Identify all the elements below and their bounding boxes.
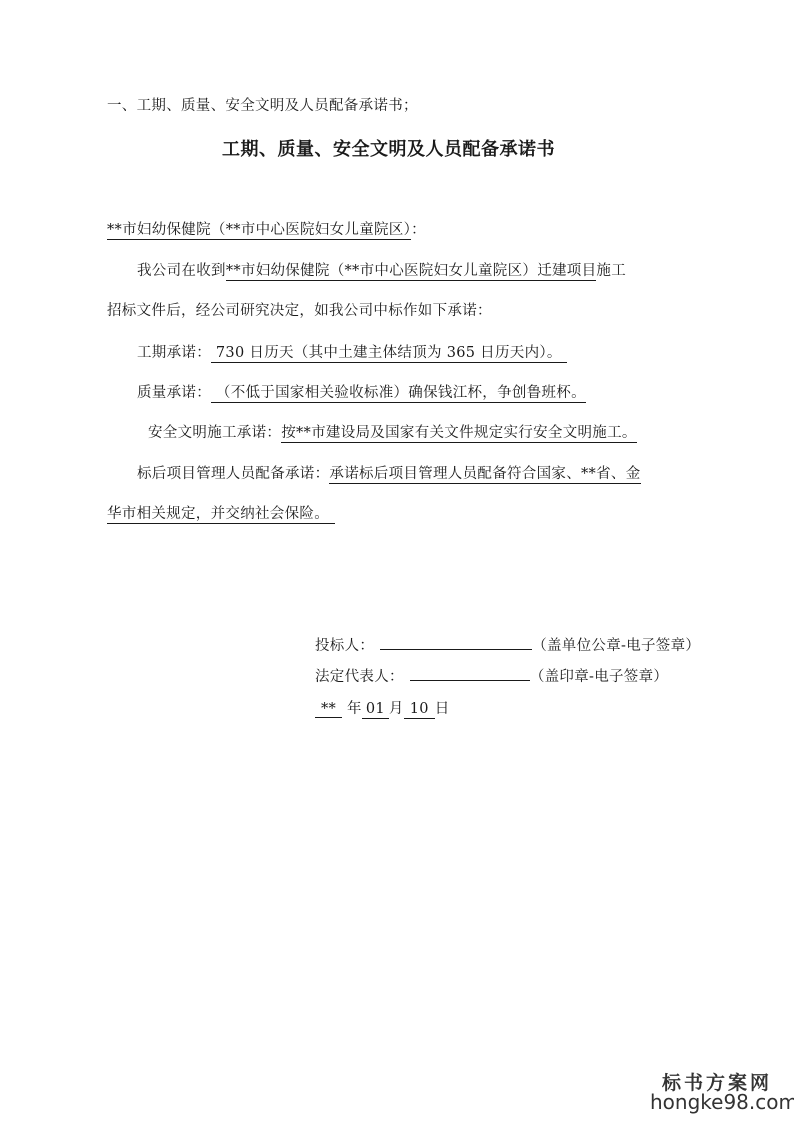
commitment-staffing: 标后项目管理人员配备承诺：承诺标后项目管理人员配备符合国家、**省、金 [137,462,641,483]
commitment-value: 按**市建设局及国家有关文件规定实行安全文明施工。 [281,425,637,443]
intro-project-name: **市妇幼保健院（**市中心医院妇女儿童院区）迁建项目 [226,263,597,281]
day-label: 日 [435,701,450,717]
commitment-label: 工期承诺： [137,345,211,361]
commitment-value: 承诺标后项目管理人员配备符合国家、**省、金 [329,466,640,484]
date-day: 10 [404,701,435,719]
commitment-staffing-line-2: 华市相关规定，并交纳社会保险。 [107,502,335,523]
addressee: **市妇幼保健院（**市中心医院妇女儿童院区）： [107,218,426,239]
bidder-signature-line: 投标人：（盖单位公章-电子签章） [315,634,700,655]
intro-line-1: 我公司在收到**市妇幼保健院（**市中心医院妇女儿童院区）迁建项目施工 [137,259,626,280]
commitment-label: 安全文明施工承诺： [148,425,281,441]
intro-line-2: 招标文件后，经公司研究决定，如我公司中标作如下承诺： [107,299,492,320]
commitment-schedule: 工期承诺： 730 日历天（其中土建主体结顶为 365 日历天内）。 [137,341,567,362]
bidder-note: （盖单位公章-电子签章） [532,638,700,654]
representative-note: （盖印章-电子签章） [530,669,668,685]
commitment-label: 标后项目管理人员配备承诺： [137,466,329,482]
document-title: 工期、质量、安全文明及人员配备承诺书 [222,135,555,161]
date-line: ** 年01月10日 [315,697,450,718]
intro-suffix: 施工 [596,263,626,279]
commitment-quality: 质量承诺： （不低于国家相关验收标准）确保钱江杯，争创鲁班杯。 [137,381,586,402]
month-label: 月 [389,701,404,717]
date-year: ** [315,701,342,718]
commitment-safety: 安全文明施工承诺：按**市建设局及国家有关文件规定实行安全文明施工。 [148,421,637,442]
date-month: 01 [362,701,389,719]
addressee-name: **市妇幼保健院（**市中心医院妇女儿童院区） [107,222,411,240]
commitment-value: （不低于国家相关验收标准）确保钱江杯，争创鲁班杯。 [211,385,586,403]
representative-label: 法定代表人： [315,669,404,685]
section-heading: 一、工期、质量、安全文明及人员配备承诺书； [107,94,418,115]
representative-blank[interactable] [410,666,530,681]
bidder-label: 投标人： [315,638,374,654]
commitment-label: 质量承诺： [137,385,211,401]
watermark-url: hongke98.com [650,1090,794,1114]
commitment-value-continued: 华市相关规定，并交纳社会保险。 [107,506,335,524]
year-label: 年 [347,701,362,717]
bidder-blank[interactable] [380,635,532,650]
intro-prefix: 我公司在收到 [137,263,226,279]
representative-signature-line: 法定代表人：（盖印章-电子签章） [315,665,668,686]
commitment-value: 730 日历天（其中土建主体结顶为 365 日历天内）。 [211,345,567,363]
addressee-suffix: ： [411,222,426,238]
